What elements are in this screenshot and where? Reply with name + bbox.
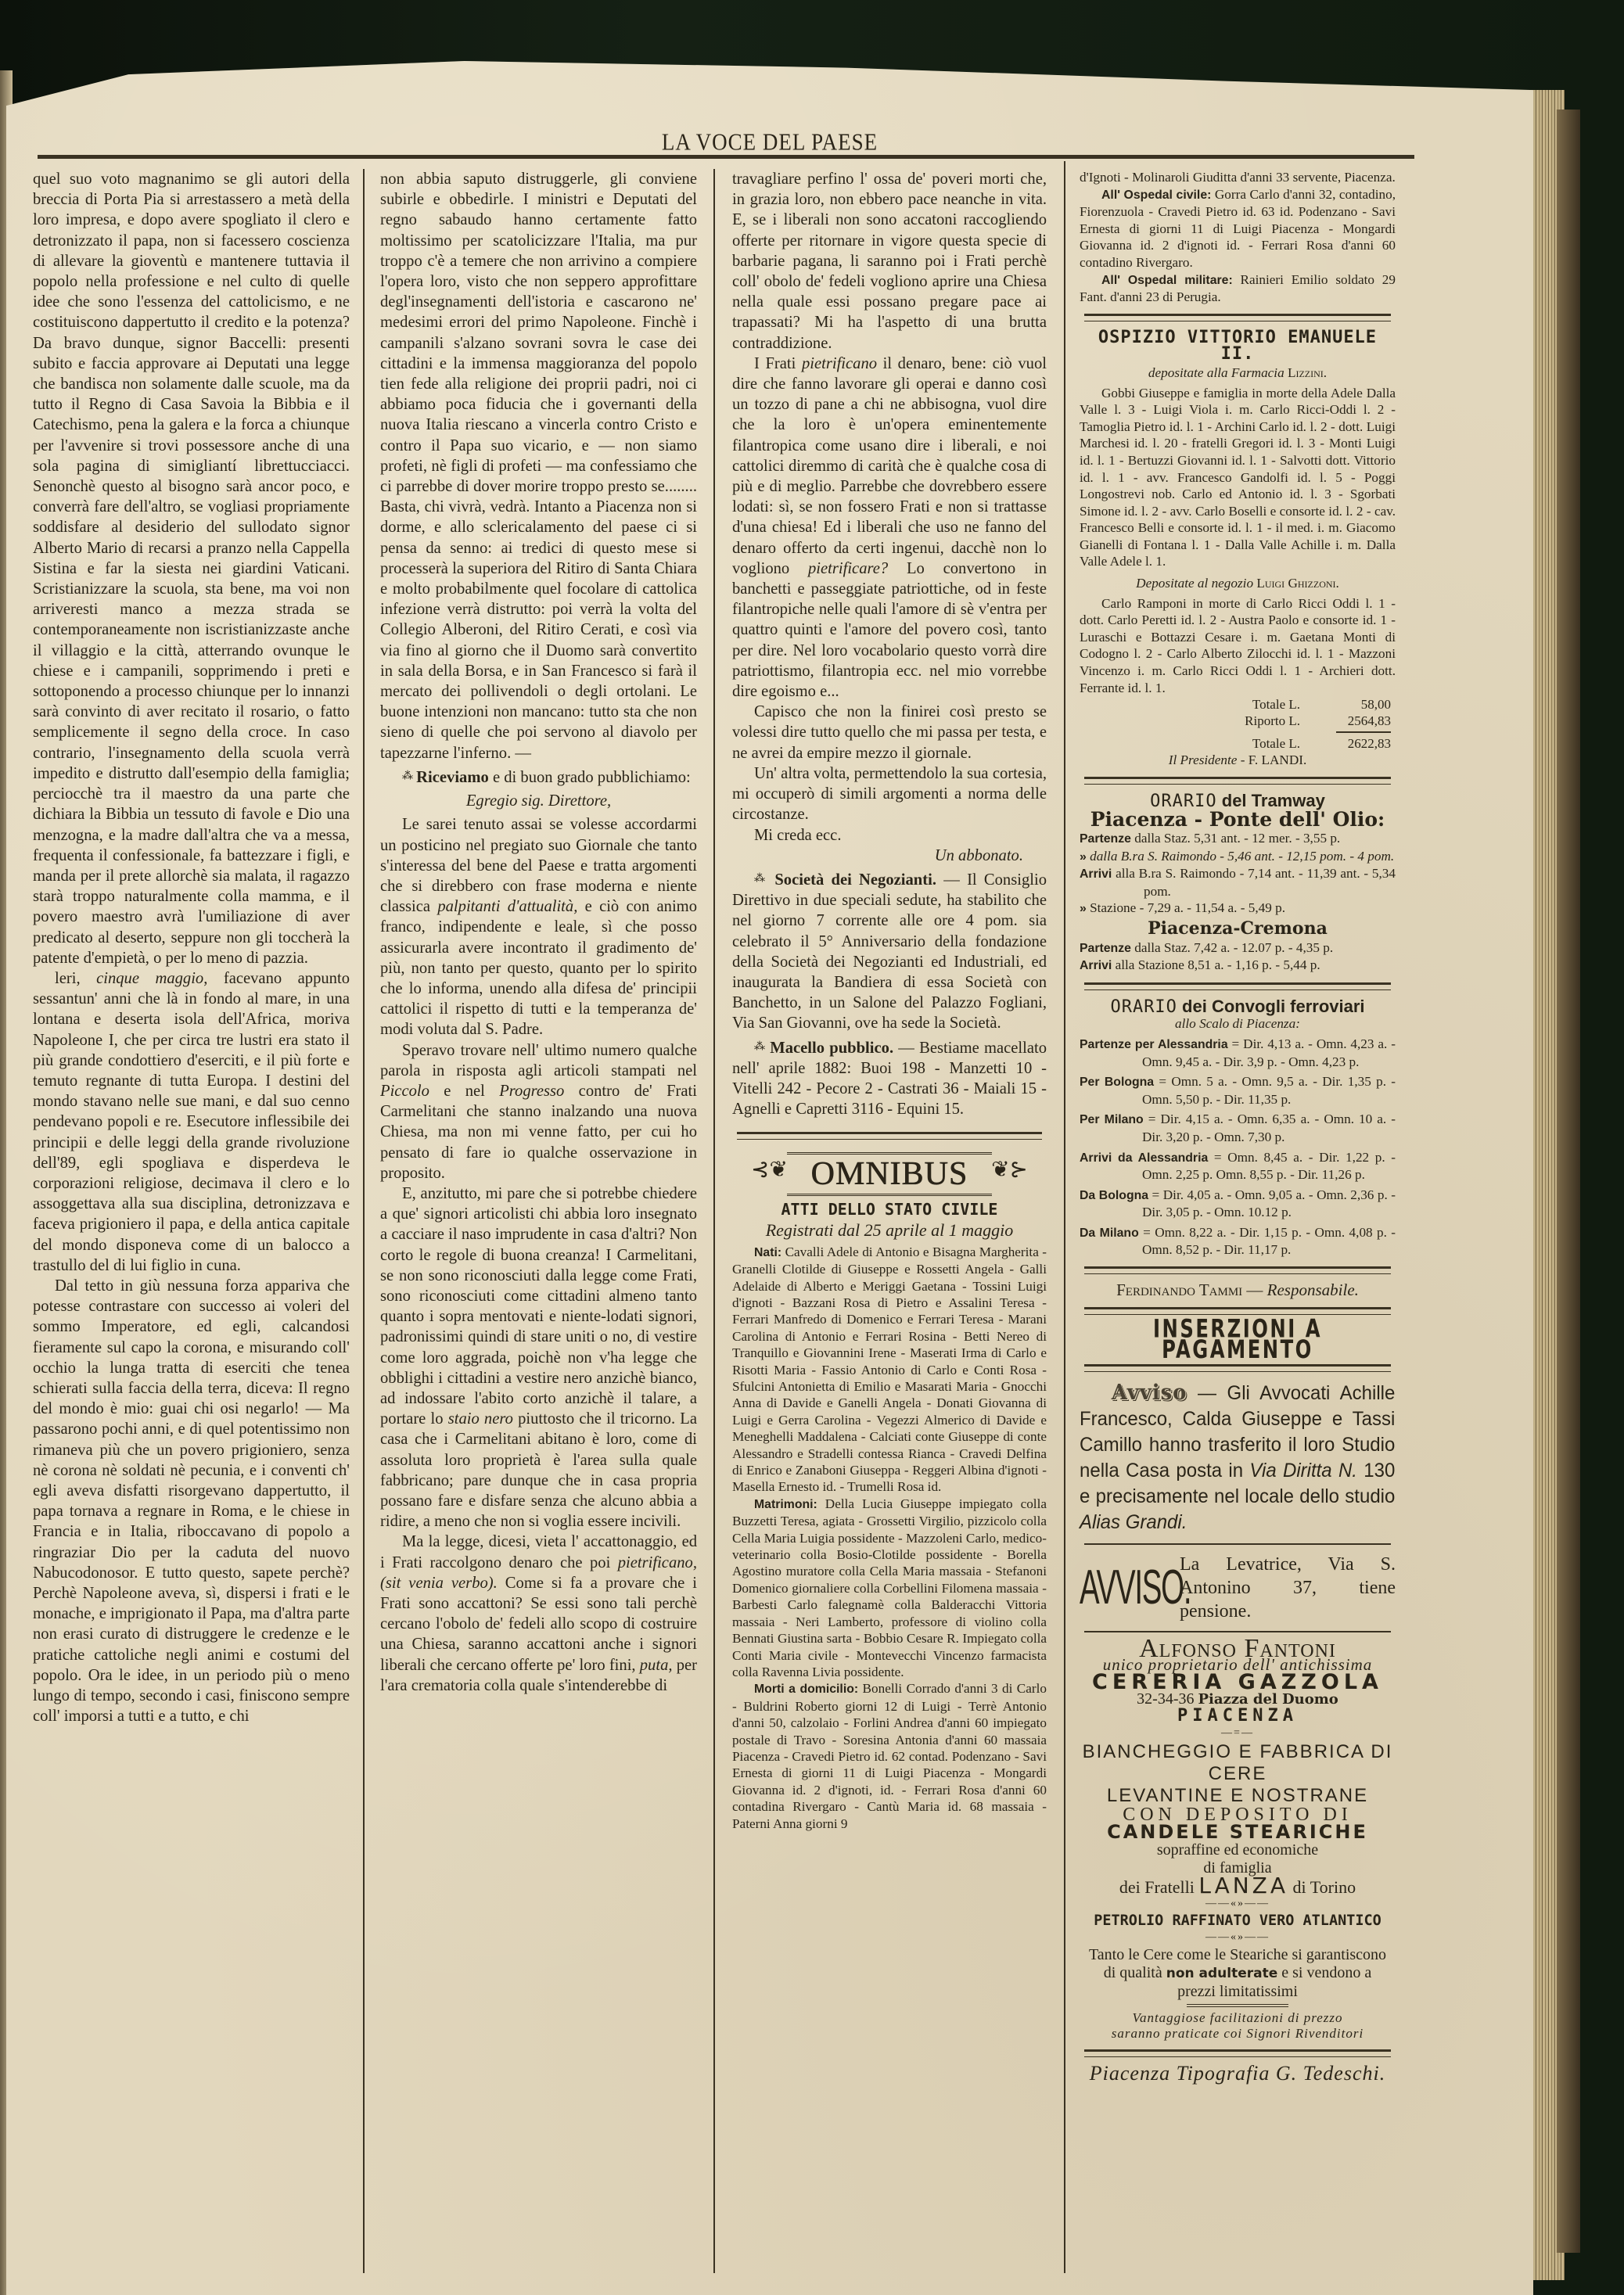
avviso-levatrice-ad: AVVISO. La Levatrice, Via S. Antonino 37… [1080,1553,1396,1623]
letter-text: Un' altra volta, permettendolo la sua co… [732,763,1047,825]
ad-rule [1084,1631,1391,1632]
nati-entry: Nati: Cavalli Adele di Antonio e Bisagna… [732,1244,1047,1496]
letter-text: I Frati pietrificano il denaro, bene: ci… [732,354,1047,702]
tramway-title: ORARIO del Tramway [1080,792,1396,810]
schedule-row: » Stazione - 7,29 a. - 11,54 a. - 5,49 p… [1080,900,1396,918]
column-rule [713,169,715,2273]
schedule-row: Arrivi alla B.ra S. Raimondo - 7,14 ant.… [1080,865,1396,900]
divider-ornament-icon: ——«»—— [1080,1895,1396,1912]
newspaper-page: LA VOCE DEL PAESE quel suo voto magnanim… [6,61,1533,2295]
railway-subtitle: allo Scalo di Piacenza: [1080,1015,1396,1033]
paid-insertions-heading: INSERZIONI A PAGAMENTO [1080,1319,1396,1359]
ad-rule [1084,1543,1391,1545]
section-rule [1084,314,1391,321]
asterism-icon: ⁂ [754,873,767,885]
letter-signature: Un abbonato. [732,846,1047,866]
letter-text: travagliare perfino l' ossa de' poveri m… [732,169,1047,354]
article-text: non abbia saputo distruggerle, gli convi… [380,169,697,763]
section-rule [1084,1364,1391,1372]
column-4: d'Ignoti - Molinaroli Giuditta d'anni 33… [1080,169,1396,2082]
omnibus-banner: ⊰❦ OMNIBUS ❦⊱ [732,1147,1047,1198]
ospedal-militare-entry: All' Ospedal militare: Rainieri Emilio s… [1080,271,1396,306]
schedule-row: » dalla B.ra S. Raimondo - 5,46 ant. - 1… [1080,848,1396,866]
deposit-line: Depositate al negozio Luigi Ghizzoni. [1080,575,1396,592]
scroll-ornament-icon: ⊰❦ [751,1160,788,1180]
totals-row: Riporto L.2564,83 [1080,713,1396,729]
schedule-row: Per Bologna = Omn. 5 a. - Omn. 9,5 a. - … [1080,1073,1396,1108]
donor-list: Gobbi Giuseppe e famiglia in morte della… [1080,385,1396,571]
stato-civile-heading: ATTI DELLO STATO CIVILE [732,1199,1047,1219]
sum-rule [1336,731,1391,733]
letter-text: Le sarei tenuto assai se volesse accorda… [380,814,697,1040]
ospedal-civile-entry: All' Ospedal civile: Gorra Carlo d'anni … [1080,186,1396,271]
responsabile-line: Ferdinando Tammi — Responsabile. [1080,1282,1396,1299]
registration-period: Registrati dal 25 aprile al 1 maggio [732,1220,1047,1241]
avviso-avvocati-ad: Avviso — Gli Avvocati Achille Francesco,… [1080,1380,1395,1535]
column-2: non abbia saputo distruggerle, gli convi… [380,169,697,1696]
section-rule [1084,1307,1391,1315]
article-text: quel suo voto magnanimo se gli autori de… [33,169,350,968]
schedule-row: Da Milano = Omn. 8,22 a. - Dir. 1,15 p. … [1080,1224,1396,1259]
riceviamo-heading: ⁂ Riceviamo e di buon grado pubblichiamo… [380,767,697,788]
ospizio-title: OSPIZIO VITTORIO EMANUELE II. [1080,329,1396,363]
president-signature: Il Presidente - F. LANDI. [1080,752,1396,769]
letter-text: Ma la legge, dicesi, vieta l' accattonag… [380,1532,697,1696]
section-rule [1084,777,1391,785]
schedule-row: Arrivi da Alessandria = Omn. 8,45 a. - D… [1080,1149,1396,1183]
deposit-line: depositate alla Farmacia Lizzini. [1080,365,1396,382]
schedule-row: Partenze per Alessandria = Dir. 4,13 a. … [1080,1036,1396,1070]
stato-civile-body: Nati: Cavalli Adele di Antonio e Bisagna… [732,1244,1047,1832]
letter-salutation: Egregio sig. Direttore, [380,791,697,811]
printer-imprint: Piacenza Tipografia G. Tedeschi. [1080,2065,1396,2082]
book-binding-edge [1557,110,1580,2253]
column-3: travagliare perfino l' ossa de' poveri m… [732,169,1047,1832]
totals-row: Totale L.58,00 [1080,696,1396,713]
divider-ornament-icon: —=— [1080,1725,1396,1742]
column-rule [363,169,365,2273]
schedule-row: Per Milano = Dir. 4,15 a. - Omn. 6,35 a.… [1080,1111,1396,1145]
section-rule [737,1132,1042,1140]
ad-rule [1187,2004,1288,2007]
letter-closing: Mi creda ecc. [732,825,1047,846]
schedule-row: Da Bologna = Dir. 4,05 a. - Omn. 9,05 a.… [1080,1187,1396,1221]
negozianti-notice: ⁂ Società dei Negozianti. — Il Consiglio… [732,869,1047,1034]
letter-text: Capisco che non la finirei così presto s… [732,702,1047,763]
schedule-row: Partenze dalla Staz. 5,31 ant. - 12 mer.… [1080,830,1396,848]
section-rule [1084,2049,1391,2057]
section-rule [1084,982,1391,990]
masthead-rule [38,155,1414,159]
letter-text: Speravo trovare nell' ultimo numero qual… [380,1040,697,1183]
column-rule [1064,161,1065,2273]
morti-entry: Morti a domicilio: Bonelli Corrado d'ann… [732,1680,1047,1832]
donor-list: Carlo Ramponi in morte di Carlo Ricci Od… [1080,595,1396,697]
matrimoni-entry: Matrimoni: Della Lucia Giuseppe impiegat… [732,1496,1047,1680]
omnibus-title: OMNIBUS [811,1156,968,1192]
masthead-title: LA VOCE DEL PAESE [6,128,1533,156]
route-title: Piacenza - Ponte dell' Olio: [1080,811,1396,828]
scroll-ornament-icon: ❦⊱ [991,1160,1028,1180]
totals-row: Totale L.2622,83 [1080,735,1396,752]
letter-text: E, anzitutto, mi pare che si potrebbe ch… [380,1183,697,1532]
macello-notice: ⁂ Macello pubblico. — Bestiame macellato… [732,1037,1047,1120]
column-1: quel suo voto magnanimo se gli autori de… [33,169,350,1726]
asterism-icon: ⁂ [754,1041,765,1053]
section-rule [1084,1266,1391,1274]
fantoni-cereria-ad: Alfonso Fantoni unico proprietario dell'… [1080,1640,1396,2042]
morti-continuation: d'Ignoti - Molinaroli Giuditta d'anni 33… [1080,169,1396,186]
schedule-row: Arrivi alla Stazione 8,51 a. - 1,16 p. -… [1080,957,1396,975]
divider-ornament-icon: ——«»—— [1080,1929,1396,1946]
schedule-row: Partenze dalla Staz. 7,42 a. - 12.07 p. … [1080,939,1396,957]
railway-title: ORARIO dei Convogli ferroviari [1080,998,1396,1016]
route-title: Piacenza-Cremona [1080,921,1396,938]
article-text: leri, cinque maggio, facevano appunto se… [33,968,350,1276]
asterism-icon: ⁂ [402,770,412,782]
article-text: Dal tetto in giù nessuna forza appariva … [33,1276,350,1726]
